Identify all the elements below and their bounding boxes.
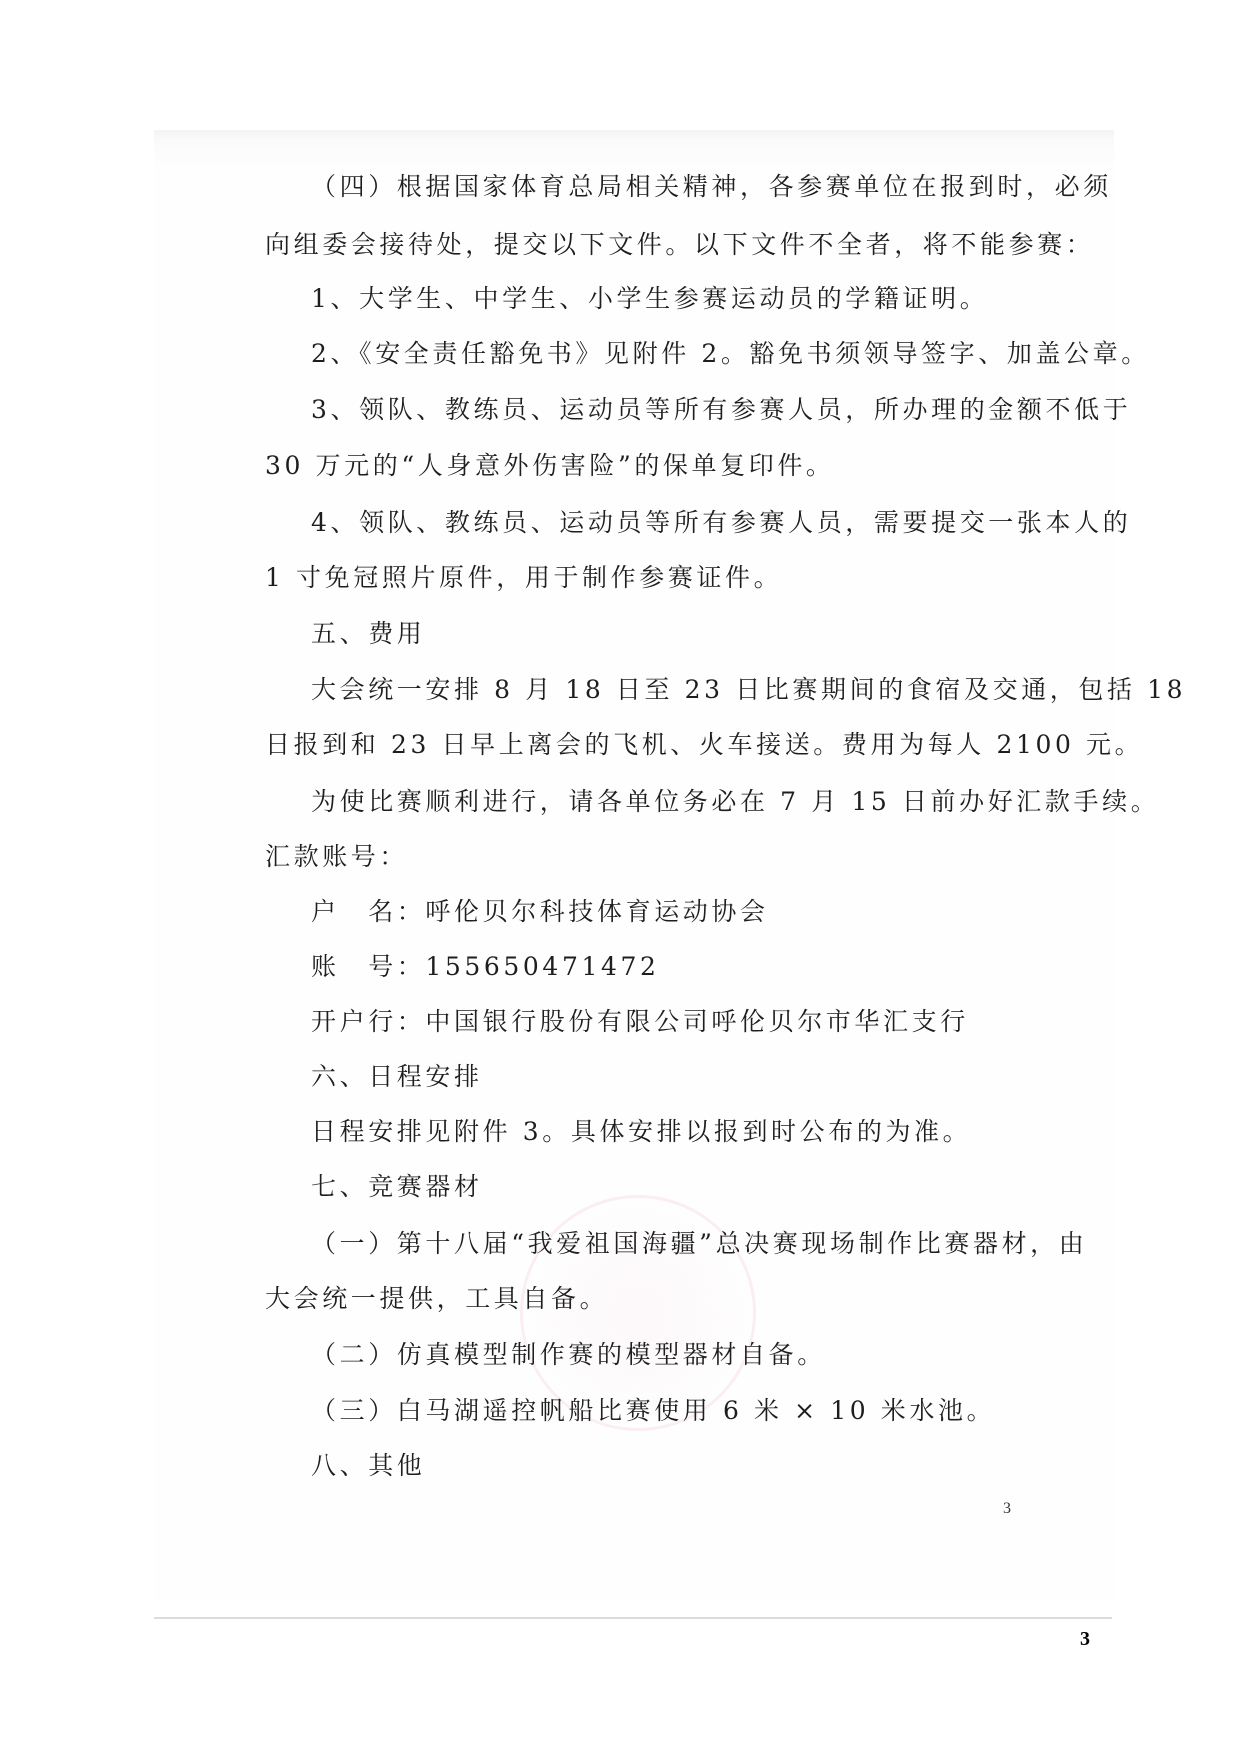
scanned-page-number: 3: [1003, 1500, 1011, 1518]
fees-paragraph-cont: 日报到和 23 日早上离会的飞机、火车接送。费用为每人 2100 元。: [265, 728, 1143, 762]
list-item-2: 2、《安全责任豁免书》见附件 2。豁免书须领导签字、加盖公章。: [311, 337, 1150, 371]
list-item-1: 1、大学生、中学生、小学生参赛运动员的学籍证明。: [311, 282, 988, 316]
equipment-item-3: （三）白马湖遥控帆船比赛使用 6 米 × 10 米水池。: [311, 1394, 995, 1428]
section-heading-schedule: 六、日程安排: [311, 1060, 483, 1094]
paragraph-4-intro-cont: 向组委会接待处，提交以下文件。以下文件不全者，将不能参赛：: [265, 228, 1094, 262]
account-name: 户 名：呼伦贝尔科技体育运动协会: [311, 895, 769, 929]
section-heading-fees: 五、费用: [311, 617, 425, 651]
footer-page-number: 3: [1080, 1628, 1090, 1651]
paragraph-4-intro: （四）根据国家体育总局相关精神，各参赛单位在报到时，必须: [311, 170, 1112, 204]
equipment-item-1: （一）第十八届“我爱祖国海疆”总决赛现场制作比赛器材，由: [311, 1227, 1087, 1261]
list-item-4: 4、领队、教练员、运动员等所有参赛人员，需要提交一张本人的: [311, 506, 1131, 540]
schedule-paragraph: 日程安排见附件 3。具体安排以报到时公布的为准。: [311, 1115, 971, 1149]
list-item-3-cont: 30 万元的“人身意外伤害险”的保单复印件。: [265, 449, 835, 483]
bank-name: 开户行：中国银行股份有限公司呼伦贝尔市华汇支行: [311, 1005, 969, 1039]
remittance-label: 汇款账号：: [265, 840, 408, 874]
list-item-3: 3、领队、教练员、运动员等所有参赛人员，所办理的金额不低于: [311, 393, 1131, 427]
list-item-4-cont: 1 寸免冠照片原件，用于制作参赛证件。: [265, 561, 782, 595]
account-number: 账 号：155650471472: [311, 950, 659, 984]
equipment-item-2: （二）仿真模型制作赛的模型器材自备。: [311, 1338, 826, 1372]
section-heading-equipment: 七、竞赛器材: [311, 1170, 483, 1204]
section-heading-other: 八、其他: [311, 1449, 425, 1483]
footer-divider: [154, 1617, 1112, 1619]
equipment-item-1-cont: 大会统一提供，工具自备。: [265, 1282, 608, 1316]
payment-deadline: 为使比赛顺利进行，请各单位务必在 7 月 15 日前办好汇款手续。: [311, 785, 1159, 819]
fees-paragraph: 大会统一安排 8 月 18 日至 23 日比赛期间的食宿及交通，包括 18: [311, 673, 1186, 707]
